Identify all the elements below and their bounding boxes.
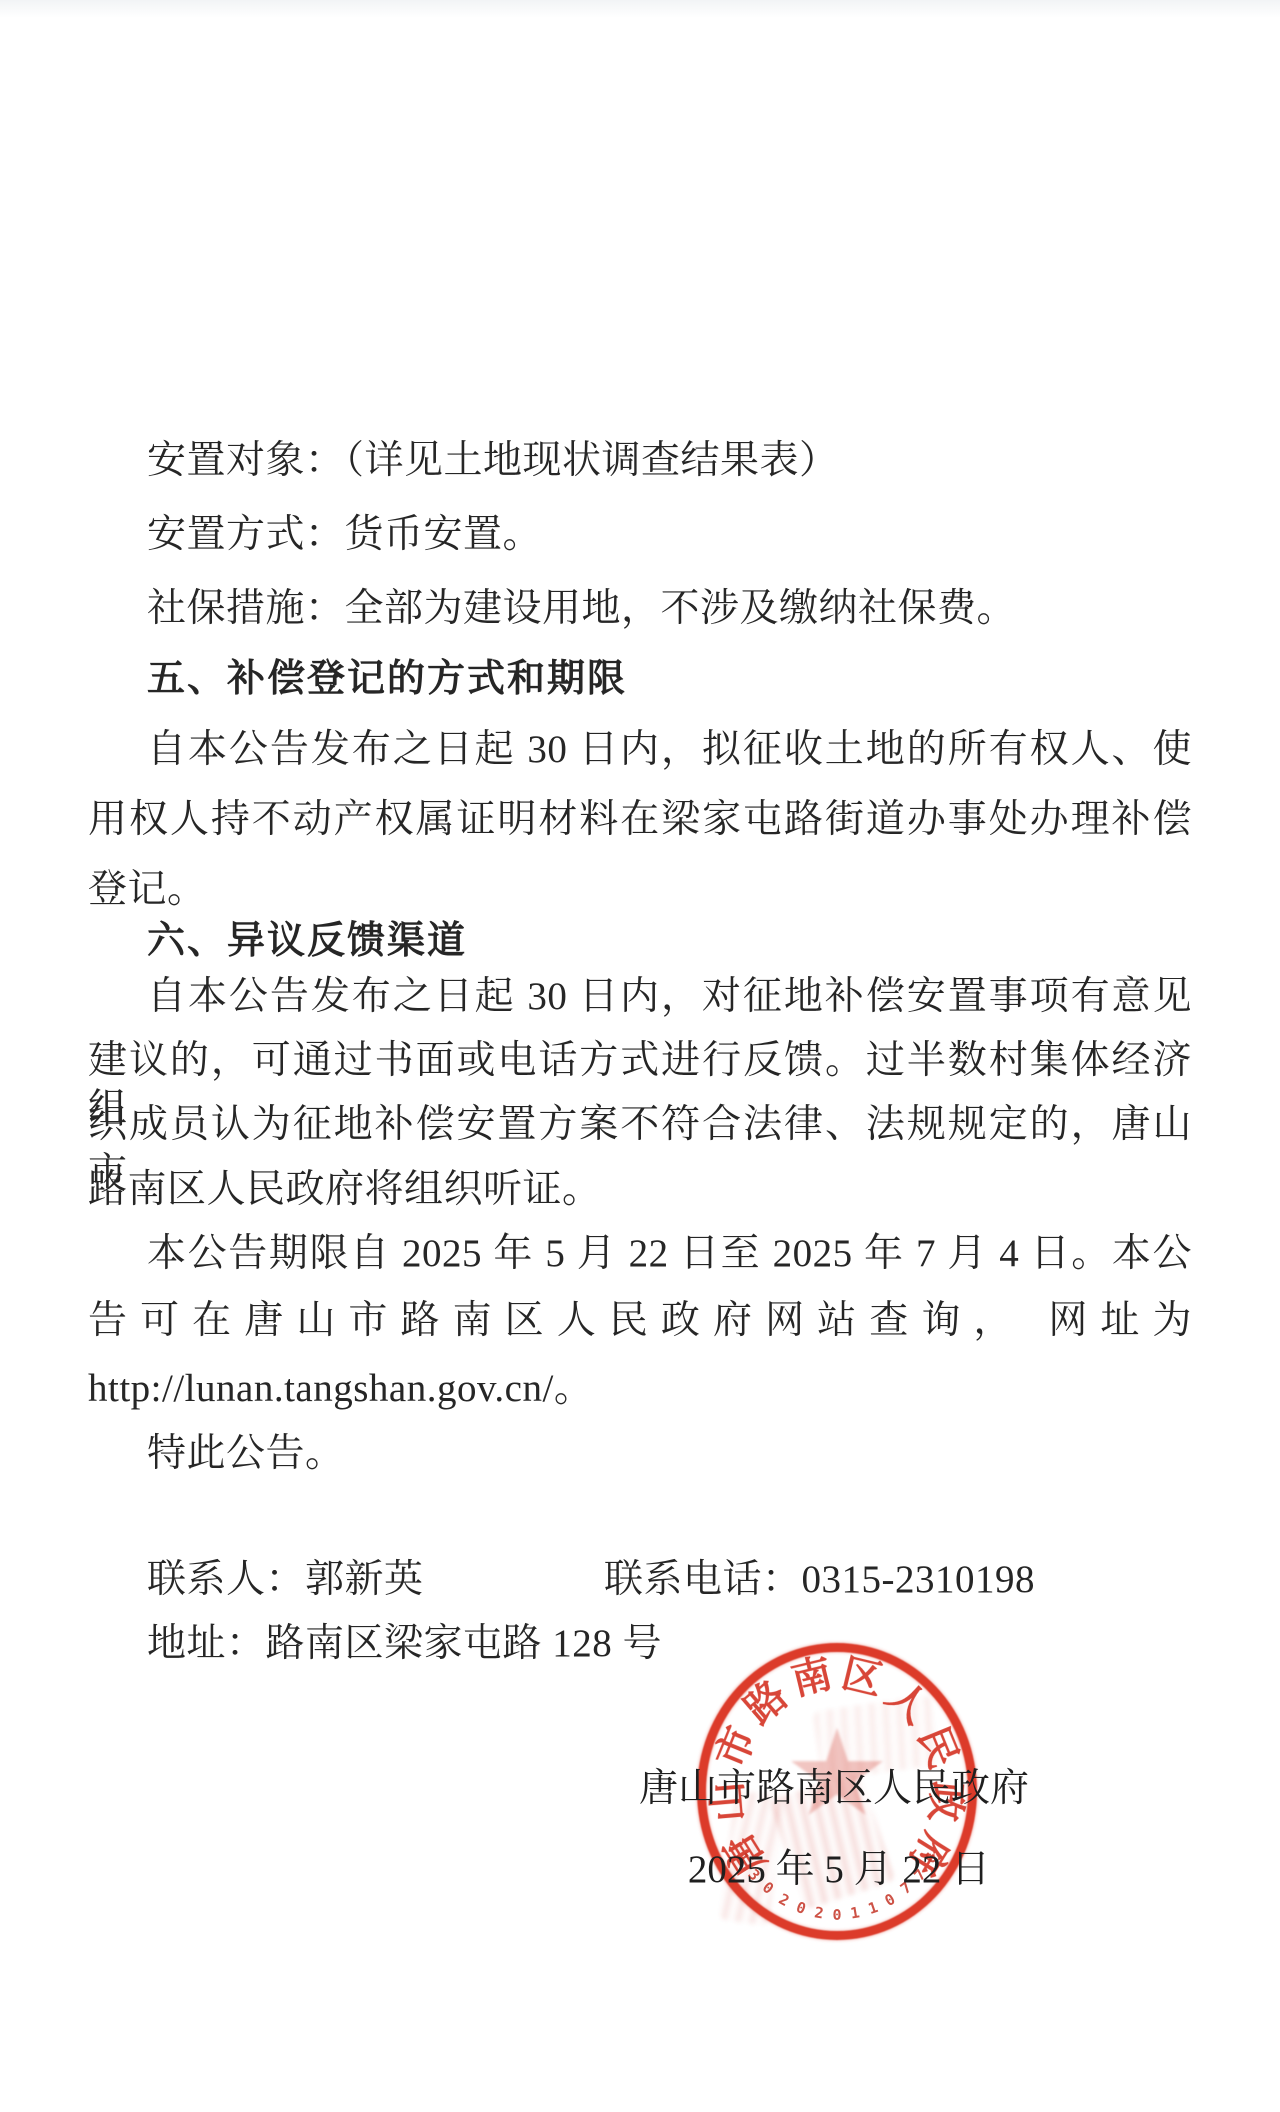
line-notice-website: 告可在唐山市路南区人民政府网站查询， 网址为 xyxy=(88,1297,1192,1345)
contact-row: 联系人：郭新英 联系电话：0315-2310198 xyxy=(147,1556,1192,1604)
document-page: 安置对象：（详见土地现状调查结果表） 安置方式：货币安置。 社保措施：全部为建设… xyxy=(0,0,1280,2112)
heading-section-6: 六、异议反馈渠道 xyxy=(147,917,1192,965)
contact-phone: 联系电话：0315-2310198 xyxy=(604,1556,1035,1604)
line-social-security: 社保措施：全部为建设用地，不涉及缴纳社保费。 xyxy=(147,585,1192,633)
line-section6-p1: 自本公告发布之日起 30 日内，对征地补偿安置事项有意见 xyxy=(147,973,1192,1021)
line-notice-period: 本公告期限自 2025 年 5 月 22 日至 2025 年 7 月 4 日。本… xyxy=(147,1230,1192,1278)
line-resettlement-method: 安置方式：货币安置。 xyxy=(147,511,1192,559)
line-section5-p2: 用权人持不动产权属证明材料在梁家屯路街道办事处办理补偿 xyxy=(88,796,1192,844)
line-section6-p4: 路南区人民政府将组织听证。 xyxy=(88,1166,1192,1214)
signature-organization: 唐山市路南区人民政府 xyxy=(634,1757,1034,1813)
line-section5-p3: 登记。 xyxy=(88,866,1192,914)
signature-date: 2025 年 5 月 22 日 xyxy=(639,1838,1039,1894)
line-website-url: http://lunan.tangshan.gov.cn/。 xyxy=(88,1365,1192,1413)
contact-person: 联系人：郭新英 xyxy=(147,1558,424,1601)
line-hereby-announced: 特此公告。 xyxy=(147,1430,1192,1478)
line-section5-p1: 自本公告发布之日起 30 日内，拟征收土地的所有权人、使 xyxy=(147,726,1192,774)
contact-address: 地址：路南区梁家屯路 128 号 xyxy=(147,1620,1192,1668)
heading-section-5: 五、补偿登记的方式和期限 xyxy=(147,655,1192,703)
line-resettlement-target: 安置对象：（详见土地现状调查结果表） xyxy=(147,437,1192,485)
